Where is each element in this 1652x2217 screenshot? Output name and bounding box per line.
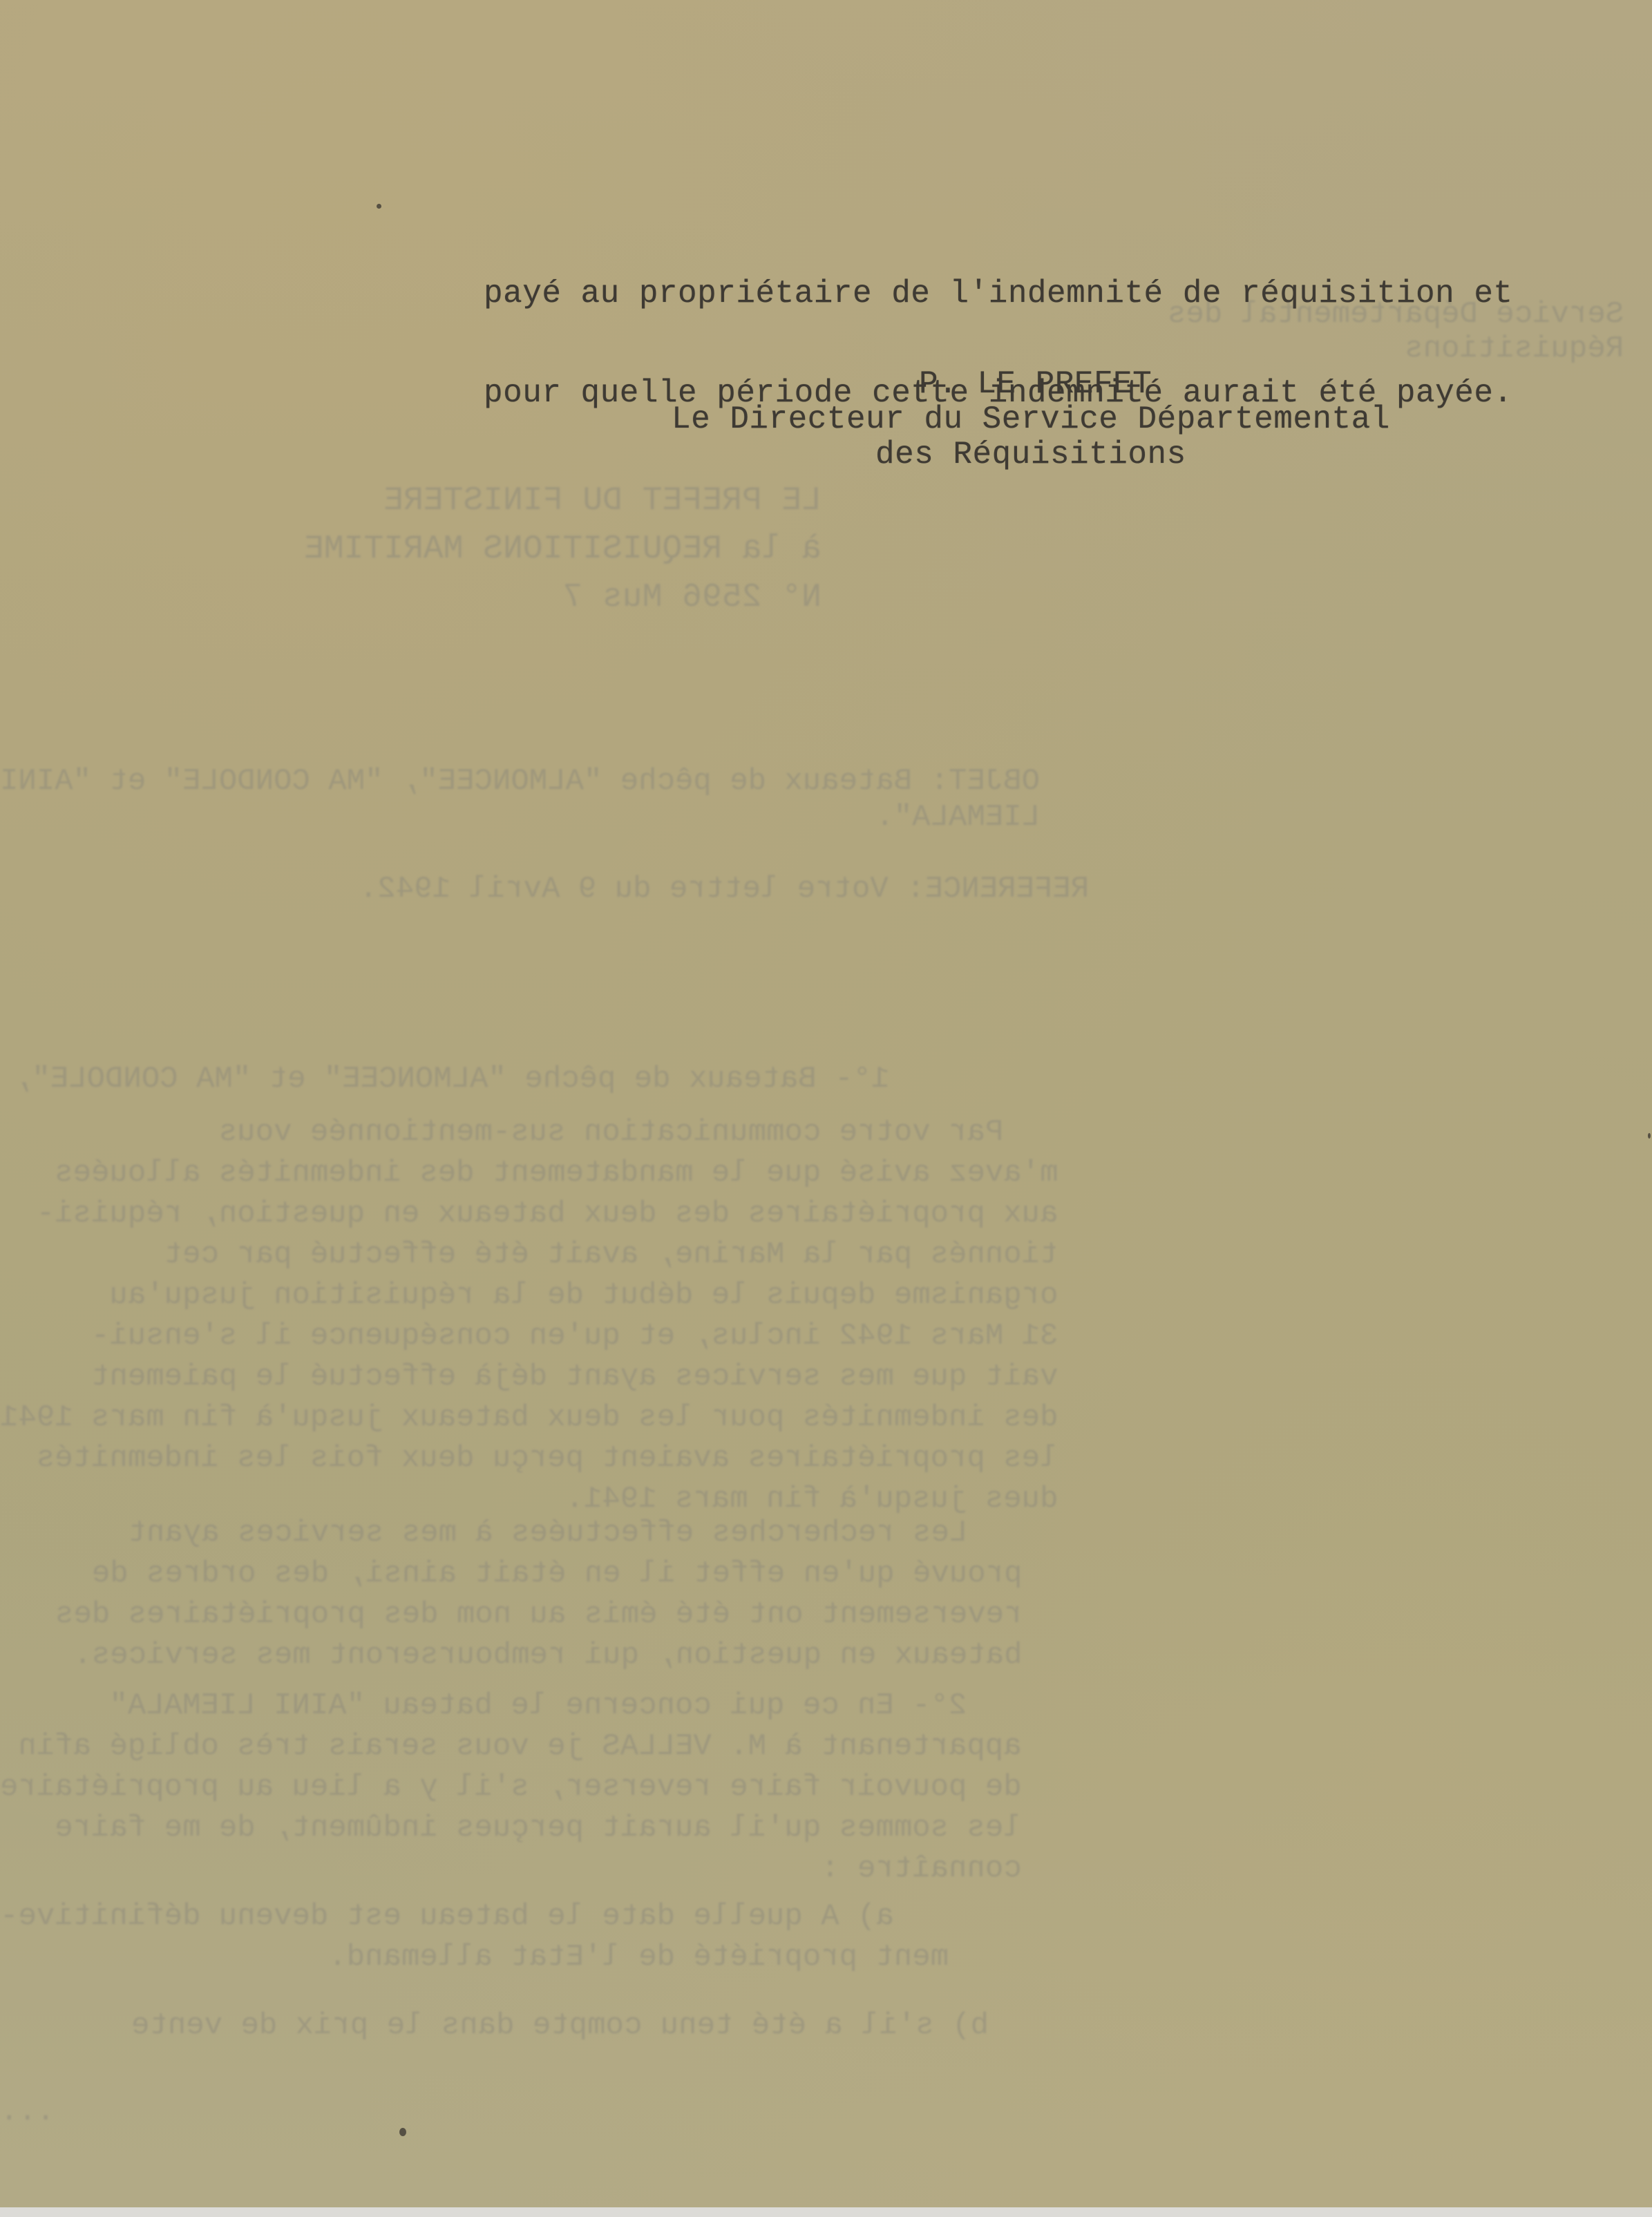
show-through-p2-body: Les recherches effectuées à mes services… [55,1513,1022,1676]
signature-director-title: Le Directeur du Service Départemental [672,403,1390,436]
show-through-recipient: LE PREFET DU FINISTERE à la REQUISITIONS… [304,477,822,622]
signature-prefet: P. LE PREFET [919,368,1152,401]
show-through-p1-title: 1°- Bateaux de pêche "ALMONCEE" et "MA C… [14,1057,889,1101]
paper-speck [377,204,381,209]
show-through-p5-body: b) s'il a été tenu compte dans le prix d… [131,2004,1043,2048]
show-through-objet: OBJET: Bateaux de pêche "ALMONCEE", "MA … [0,763,1040,835]
show-through-p3-body: 2°- En ce qui concerne le bateau "AINI L… [0,1686,1022,1890]
show-through-p1-body: Par votre communication sus-mentionnée v… [0,1112,1058,1520]
show-through-footer: ... [0,2090,55,2134]
show-through-p4-body: a) A quelle date le bateau est devenu dé… [0,1896,949,1978]
signature-service-name: des Réquisitions [875,438,1186,471]
paper-speck [399,2128,406,2136]
paper-speck [1648,1133,1651,1139]
scan-margin [0,2207,1652,2217]
document-page: Service Départemental des Réquisitions L… [0,0,1652,2207]
body-line-1: payé au propriétaire de l'indemnité de r… [484,277,1513,310]
show-through-reference: REFERENCE: Votre lettre du 9 Avril 1942. [359,867,1089,911]
